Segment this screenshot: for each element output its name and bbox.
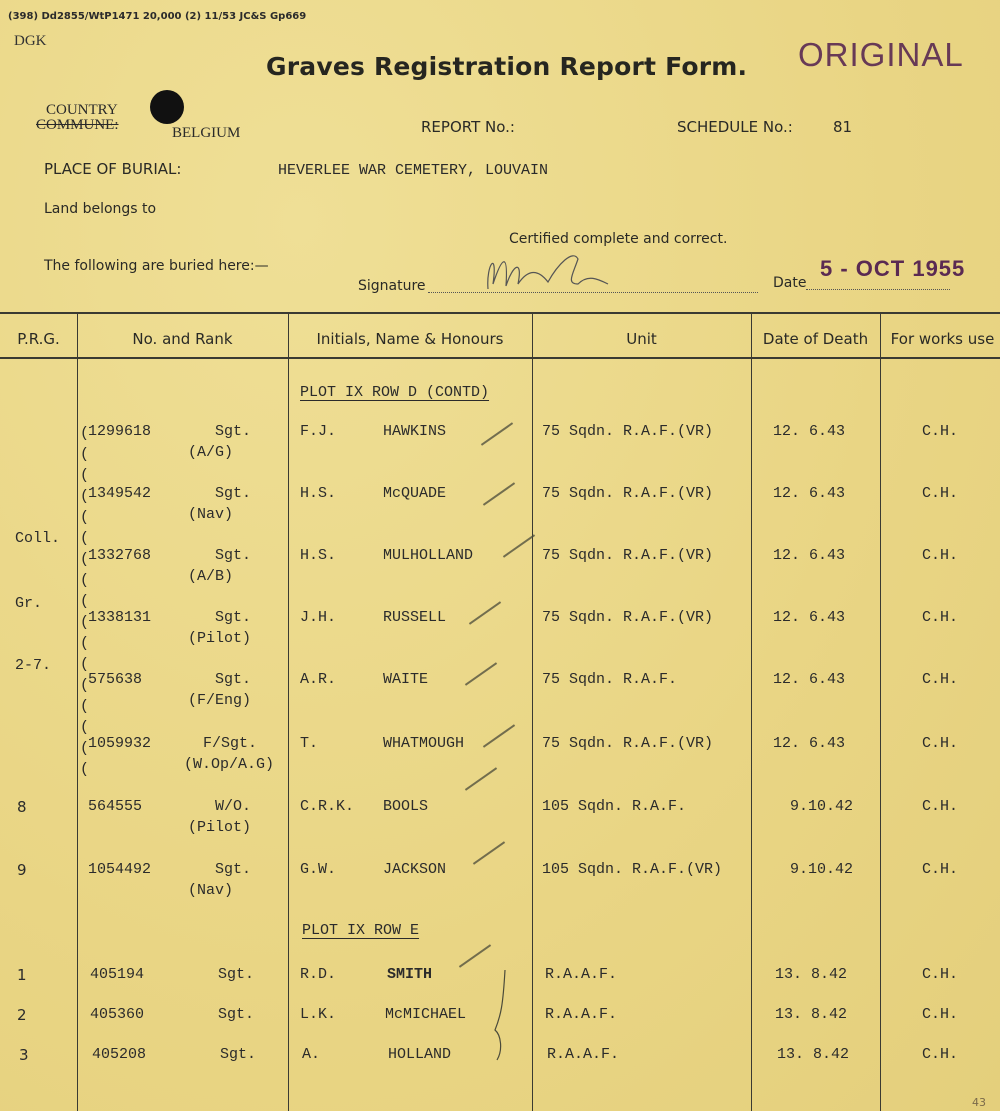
date-of-death: 12. 6.43: [773, 547, 845, 564]
unit: 75 Sqdn. R.A.F.(VR): [542, 547, 713, 564]
date-of-death: 13. 8.42: [775, 966, 847, 983]
schedule-no-label: SCHEDULE No.:: [677, 118, 793, 136]
prg-number: 1: [17, 966, 27, 984]
original-stamp: ORIGINAL: [798, 36, 964, 74]
date-of-death: 12. 6.43: [773, 609, 845, 626]
rank: Sgt.: [215, 861, 251, 878]
col-divider: [532, 314, 533, 1111]
unit: 75 Sqdn. R.A.F.: [542, 671, 677, 688]
header-prg: P.R.G.: [0, 330, 77, 348]
date-of-death: 13. 8.42: [775, 1006, 847, 1023]
works-use: C.H.: [922, 1046, 958, 1063]
date-of-death: 12. 6.43: [773, 423, 845, 440]
initials: J.H.: [300, 609, 336, 626]
section-heading: PLOT IX ROW D (CONTD): [300, 384, 489, 401]
service-number: 1054492: [88, 861, 151, 878]
prg-group-line: 2-7.: [15, 657, 51, 674]
header-bottom-rule: [0, 357, 1000, 359]
trade: (Pilot): [188, 819, 251, 836]
unit: 75 Sqdn. R.A.F.(VR): [542, 485, 713, 502]
rank: Sgt.: [215, 547, 251, 564]
prg-number: 9: [17, 861, 27, 879]
check-mark: [483, 724, 515, 747]
unit: 105 Sqdn. R.A.F.(VR): [542, 861, 722, 878]
buried-here-label: The following are buried here:—: [44, 258, 269, 274]
check-mark: [469, 601, 501, 624]
header-no-rank: No. and Rank: [77, 330, 288, 348]
date-line: [806, 289, 950, 290]
table-top-rule: [0, 312, 1000, 314]
print-code: (398) Dd2855/WtP1471 20,000 (2) 11/53 JC…: [8, 11, 306, 22]
works-use: C.H.: [922, 485, 958, 502]
section-heading: PLOT IX ROW E: [302, 922, 419, 939]
surname: HAWKINS: [383, 423, 446, 440]
trade: (Pilot): [188, 630, 251, 647]
collective-grave-brace: (((((((((((((((((: [80, 423, 89, 780]
trade: (Nav): [188, 882, 233, 899]
check-mark: [483, 482, 515, 505]
date-of-death: 13. 8.42: [777, 1046, 849, 1063]
check-mark: [503, 534, 535, 557]
place-of-burial-value: HEVERLEE WAR CEMETERY, LOUVAIN: [278, 162, 548, 179]
unit: R.A.A.F.: [547, 1046, 619, 1063]
rank: Sgt.: [220, 1046, 256, 1063]
works-use: C.H.: [922, 609, 958, 626]
initials-mark: DGK: [14, 33, 47, 50]
check-mark: [465, 662, 497, 685]
surname: McQUADE: [383, 485, 446, 502]
punch-hole: [150, 90, 184, 124]
col-divider: [880, 314, 881, 1111]
works-use: C.H.: [922, 547, 958, 564]
initials: F.J.: [300, 423, 336, 440]
service-number: 1299618: [88, 423, 151, 440]
date-of-death: 12. 6.43: [773, 485, 845, 502]
rank: W/O.: [215, 798, 251, 815]
surname: SMITH: [387, 966, 432, 983]
service-number: 1349542: [88, 485, 151, 502]
initials: H.S.: [300, 547, 336, 564]
unit: 75 Sqdn. R.A.F.(VR): [542, 423, 713, 440]
check-mark: [473, 841, 505, 864]
form-title: Graves Registration Report Form.: [266, 52, 747, 81]
col-divider: [288, 314, 289, 1111]
surname: JACKSON: [383, 861, 446, 878]
service-number: 1338131: [88, 609, 151, 626]
service-number: 405360: [90, 1006, 144, 1023]
service-number: 405194: [90, 966, 144, 983]
trade: (A/G): [188, 444, 233, 461]
initials: G.W.: [300, 861, 336, 878]
prg-group-line: Coll.: [15, 530, 60, 547]
prg-number: 2: [17, 1006, 27, 1024]
date-label: Date: [773, 275, 806, 291]
works-use: C.H.: [922, 861, 958, 878]
initials: T.: [300, 735, 318, 752]
rank: Sgt.: [215, 423, 251, 440]
col-divider: [77, 314, 78, 1111]
date-of-death: 12. 6.43: [773, 671, 845, 688]
service-number: 1059932: [88, 735, 151, 752]
surname: RUSSELL: [383, 609, 446, 626]
works-use: C.H.: [922, 423, 958, 440]
header-works-use: For works use: [880, 330, 1000, 348]
trade: (W.Op/A.G): [184, 756, 274, 773]
check-mark: [481, 422, 513, 445]
rank: Sgt.: [215, 671, 251, 688]
trade: (F/Eng): [188, 692, 251, 709]
country-value: BELGIUM: [172, 125, 240, 142]
header-date-of-death: Date of Death: [751, 330, 880, 348]
initials: A.: [302, 1046, 320, 1063]
service-number: 575638: [88, 671, 142, 688]
col-divider: [751, 314, 752, 1111]
prg-number: 8: [17, 798, 27, 816]
rank: Sgt.: [218, 1006, 254, 1023]
signature-label: Signature: [358, 278, 426, 294]
rank: Sgt.: [215, 609, 251, 626]
date-stamp: 5 - OCT 1955: [820, 256, 965, 282]
commune-label: COMMUNE:: [36, 117, 119, 134]
unit: 105 Sqdn. R.A.F.: [542, 798, 686, 815]
works-use: C.H.: [922, 671, 958, 688]
date-of-death: 9.10.42: [790, 861, 853, 878]
prg-group-line: Gr.: [15, 595, 42, 612]
surname: HOLLAND: [388, 1046, 451, 1063]
signature-scrawl: [478, 244, 628, 294]
rank: Sgt.: [218, 966, 254, 983]
date-of-death: 9.10.42: [790, 798, 853, 815]
report-no-label: REPORT No.:: [421, 118, 515, 136]
schedule-no-value: 81: [833, 118, 852, 136]
works-use: C.H.: [922, 735, 958, 752]
trade: (Nav): [188, 506, 233, 523]
surname: McMICHAEL: [385, 1006, 466, 1023]
service-number: 564555: [88, 798, 142, 815]
works-use: C.H.: [922, 1006, 958, 1023]
rank: Sgt.: [215, 485, 251, 502]
initials: L.K.: [300, 1006, 336, 1023]
unit: 75 Sqdn. R.A.F.(VR): [542, 735, 713, 752]
handwritten-bracket: [475, 965, 515, 1065]
place-of-burial-label: PLACE OF BURIAL:: [44, 160, 181, 178]
surname: BOOLS: [383, 798, 428, 815]
unit: 75 Sqdn. R.A.F.(VR): [542, 609, 713, 626]
prg-number: 3: [19, 1046, 29, 1064]
rank: F/Sgt.: [203, 735, 257, 752]
surname: WAITE: [383, 671, 428, 688]
surname: WHATMOUGH: [383, 735, 464, 752]
initials: R.D.: [300, 966, 336, 983]
service-number: 1332768: [88, 547, 151, 564]
date-of-death: 12. 6.43: [773, 735, 845, 752]
page-number: 43: [972, 1096, 986, 1109]
initials: C.R.K.: [300, 798, 354, 815]
unit: R.A.A.F.: [545, 1006, 617, 1023]
unit: R.A.A.F.: [545, 966, 617, 983]
initials: H.S.: [300, 485, 336, 502]
check-mark: [465, 767, 497, 790]
works-use: C.H.: [922, 798, 958, 815]
trade: (A/B): [188, 568, 233, 585]
land-belongs-label: Land belongs to: [44, 201, 156, 217]
initials: A.R.: [300, 671, 336, 688]
surname: MULHOLLAND: [383, 547, 473, 564]
service-number: 405208: [92, 1046, 146, 1063]
header-name: Initials, Name & Honours: [288, 330, 532, 348]
works-use: C.H.: [922, 966, 958, 983]
header-unit: Unit: [532, 330, 751, 348]
